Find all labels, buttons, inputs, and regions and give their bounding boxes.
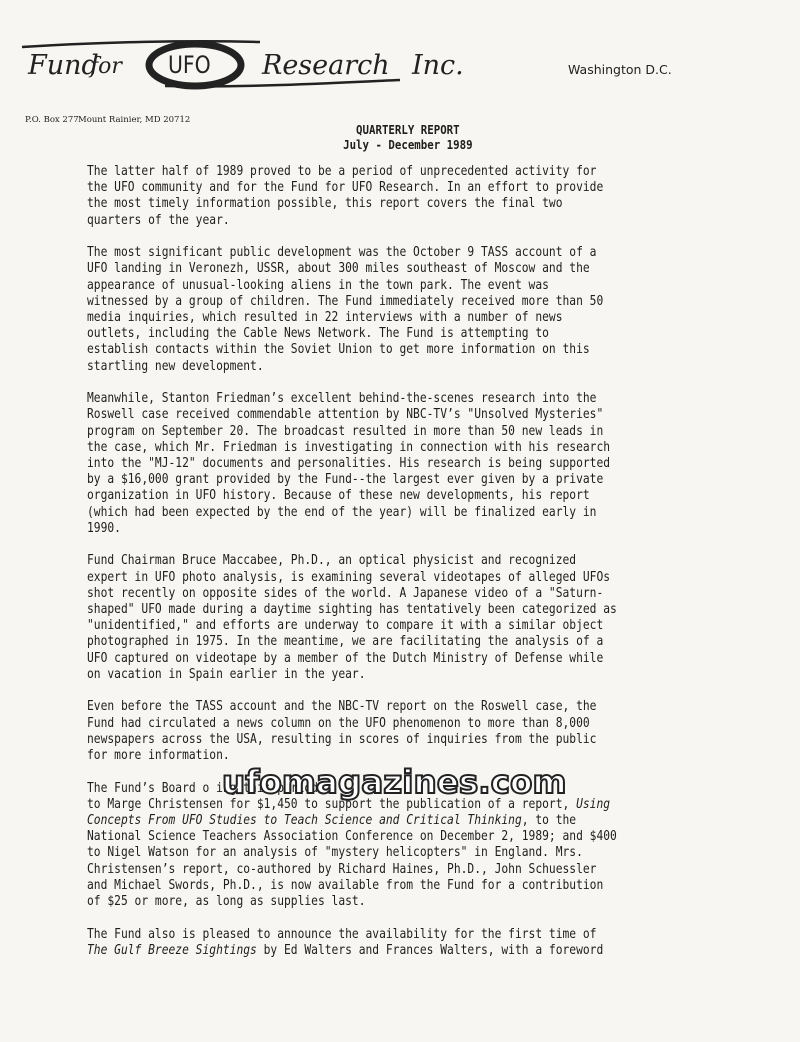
grants-rest: National Science Teachers Association Co… <box>87 828 617 909</box>
paragraph-intro: The latter half of 1989 proved to be a p… <box>87 163 726 228</box>
organization-logo: Fund for UFO Research Inc. <box>20 38 480 92</box>
logo-text-ufo: UFO <box>168 51 211 79</box>
gulf-breeze-line-2: by Ed Walters and Frances Walters, with … <box>257 942 603 958</box>
report-title-italic-2: Concepts From UFO Studies to Teach Scien… <box>87 812 522 828</box>
logo-text-research: Research <box>262 50 390 81</box>
grants-line-3: , to the <box>522 812 576 828</box>
logo-text-fund: Fund <box>28 50 99 81</box>
letterhead: Fund for UFO Research Inc. Washington D.… <box>0 0 800 160</box>
gulf-breeze-line-1: The Fund also is pleased to announce the… <box>87 926 596 942</box>
report-body: The latter half of 1989 proved to be a p… <box>87 163 727 974</box>
paragraph-gulf-breeze: The Fund also is pleased to announce the… <box>87 926 726 958</box>
report-period: July - December 1989 <box>64 137 752 152</box>
report-title: QUARTERLY REPORT <box>64 122 752 137</box>
book-title-italic: The Gulf Breeze Sightings <box>87 942 257 958</box>
watermark: ufomagazines.com <box>222 763 566 801</box>
city-label: Washington D.C. <box>568 62 672 77</box>
report-title-italic-1: Using <box>576 796 610 812</box>
paragraph-roswell-research: Meanwhile, Stanton Friedman’s excellent … <box>87 390 726 536</box>
paragraph-tass-account: The most significant public development … <box>87 244 726 374</box>
logo-text-for: for <box>90 54 122 79</box>
logo-text-inc: Inc. <box>412 50 464 81</box>
paragraph-videotape-analysis: Fund Chairman Bruce Maccabee, Ph.D., an … <box>87 552 726 682</box>
paragraph-news-column: Even before the TASS account and the NBC… <box>87 698 726 763</box>
